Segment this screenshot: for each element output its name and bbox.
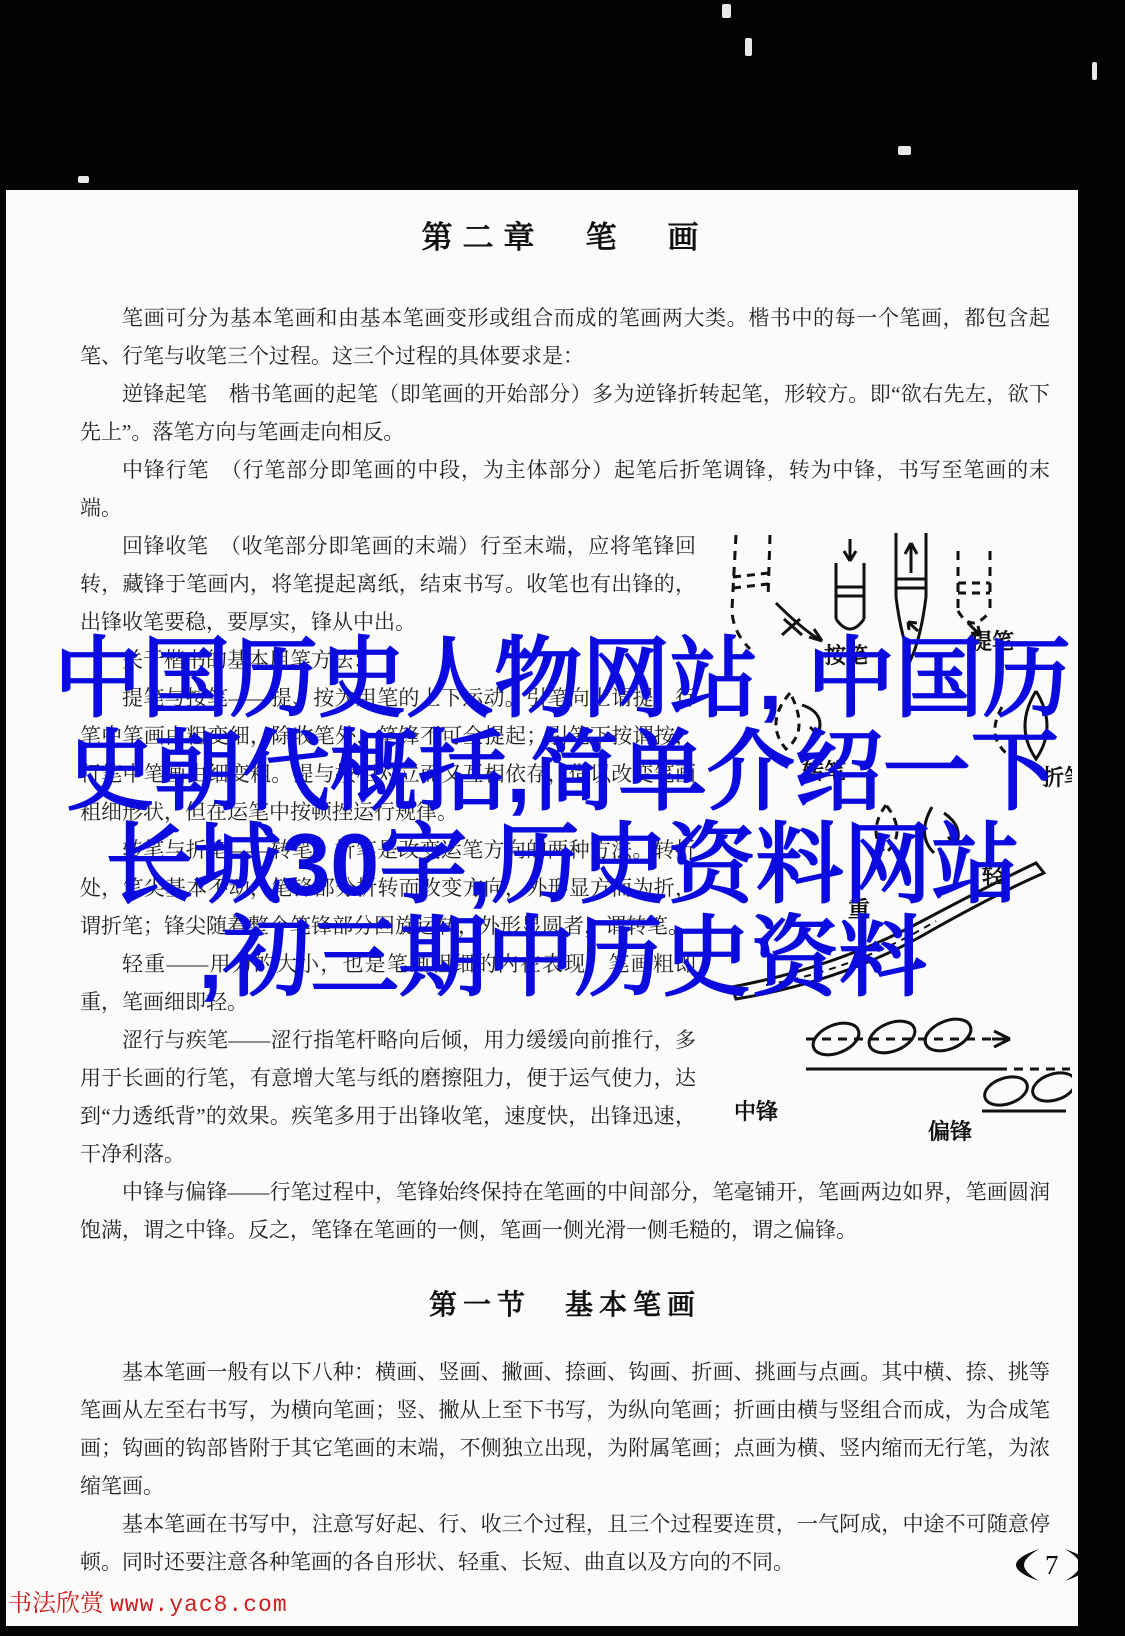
narrow-text-column: 回锋收笔 （收笔部分即笔画的末端）行至末端，应将笔锋回转，藏锋于笔画内，将笔提起…	[80, 527, 696, 1173]
center-tip-label: 中锋	[734, 1099, 778, 1124]
site-url: www.yac8.com	[110, 1592, 288, 1618]
chapter-title: 第二章 笔 画	[80, 212, 1050, 257]
light-label: 轻	[981, 863, 1005, 888]
paragraph-intro: 笔画可分为基本笔画和由基本笔画变形或组合而成的笔画两大类。楷书中的每一个笔画，都…	[80, 299, 1050, 375]
heavy-light-stroke-diagram: 重 轻	[706, 857, 1072, 1007]
press-stroke-label: 按笔	[824, 643, 868, 668]
scan-noise-speck	[1092, 62, 1097, 80]
side-tip-label: 偏锋	[928, 1119, 972, 1144]
lift-stroke-label: 提笔	[970, 629, 1014, 654]
bottom-black-border	[0, 1626, 1125, 1636]
paragraph-nifeng-qibi: 逆锋起笔 楷书笔画的起笔（即笔画的开始部分）多为逆锋折转起笔，形较方。即“欲右先…	[80, 375, 1050, 451]
heavy-label: 重	[848, 897, 870, 922]
brush-press-lift-diagram: 按笔 提笔	[706, 527, 1072, 687]
turn-stroke-label: 转笔	[802, 759, 846, 784]
leaf-icon-left	[1012, 1548, 1042, 1582]
footer-site-credit: 书法欣赏 www.yac8.com	[8, 1590, 288, 1619]
center-side-tip-diagram: 中锋 偏锋	[706, 1007, 1072, 1157]
page-number: 7	[1044, 1548, 1060, 1582]
section-title: 第一节 基本笔画	[80, 1283, 1050, 1323]
paragraph-zhongfeng-pianfeng: 中锋与偏锋——行笔过程中，笔锋始终保持在笔画的中间部分，笔毫铺开，笔画两边如界，…	[80, 1173, 1050, 1249]
right-black-border	[1078, 0, 1125, 1636]
paragraph-zhongfeng-xingbi: 中锋行笔 （行笔部分即笔画的中段，为主体部分）起笔后折笔调锋，转为中锋，书写至笔…	[80, 451, 1050, 527]
scan-noise-speck	[745, 38, 752, 56]
paragraph-huifeng-shoubi: 回锋收笔 （收笔部分即笔画的末端）行至末端，应将笔锋回转，藏锋于笔画内，将笔提起…	[80, 527, 696, 641]
site-name: 书法欣赏	[8, 1591, 104, 1617]
paragraph-eight-strokes: 基本笔画一般有以下八种：横画、竖画、撇画、捺画、钩画、折画、挑画与点画。其中横、…	[80, 1353, 1050, 1505]
left-black-border	[0, 0, 6, 1636]
fold-stroke-label: 折笔	[1042, 765, 1072, 790]
paragraph-sexing-jibi: 涩行与疾笔——涩行指笔杆略向后倾，用力缓缓向前推行，多用于长画的行笔，有意增大笔…	[80, 1021, 696, 1173]
paragraph-tibi-anbi: 提笔与按笔——提、按为用笔的上下运动。引笔向上谓提，行笔中笔画由粗变细，除收笔外…	[80, 679, 696, 831]
top-black-border	[0, 0, 1125, 190]
paragraph-writing-advice: 基本笔画在书写中，注意写好起、行、收三个过程，且三个过程要连贯，一气阿成，中途不…	[80, 1505, 1050, 1581]
scanned-page: 第二章 笔 画 笔画可分为基本笔画和由基本笔画变形或组合而成的笔画两大类。楷书中…	[6, 190, 1078, 1628]
scan-noise-speck	[722, 4, 731, 18]
scan-noise-speck	[78, 176, 89, 183]
scan-noise-speck	[898, 146, 911, 155]
text-and-diagrams-row: 回锋收笔 （收笔部分即笔画的末端）行至末端，应将笔锋回转，藏锋于笔画内，将笔提起…	[80, 527, 1050, 1173]
paragraph-qingzhong: 轻重——用力的大小，也是笔画粗细的内在表现。笔画粗即重，笔画细即轻。	[80, 945, 696, 1021]
paragraph-methods-lead: 关于楷书的基本用笔方法：	[80, 641, 696, 679]
paragraph-zhuanbi-zhebi: 转笔与折笔——转笔、折笔是改变运笔方向的两种方法。转折处，笔尖基本不动，笔锋部分…	[80, 831, 696, 945]
diagram-column: 按笔 提笔 转笔 折笔	[696, 527, 1072, 1157]
brush-turn-fold-diagram: 转笔 折笔	[706, 687, 1072, 857]
